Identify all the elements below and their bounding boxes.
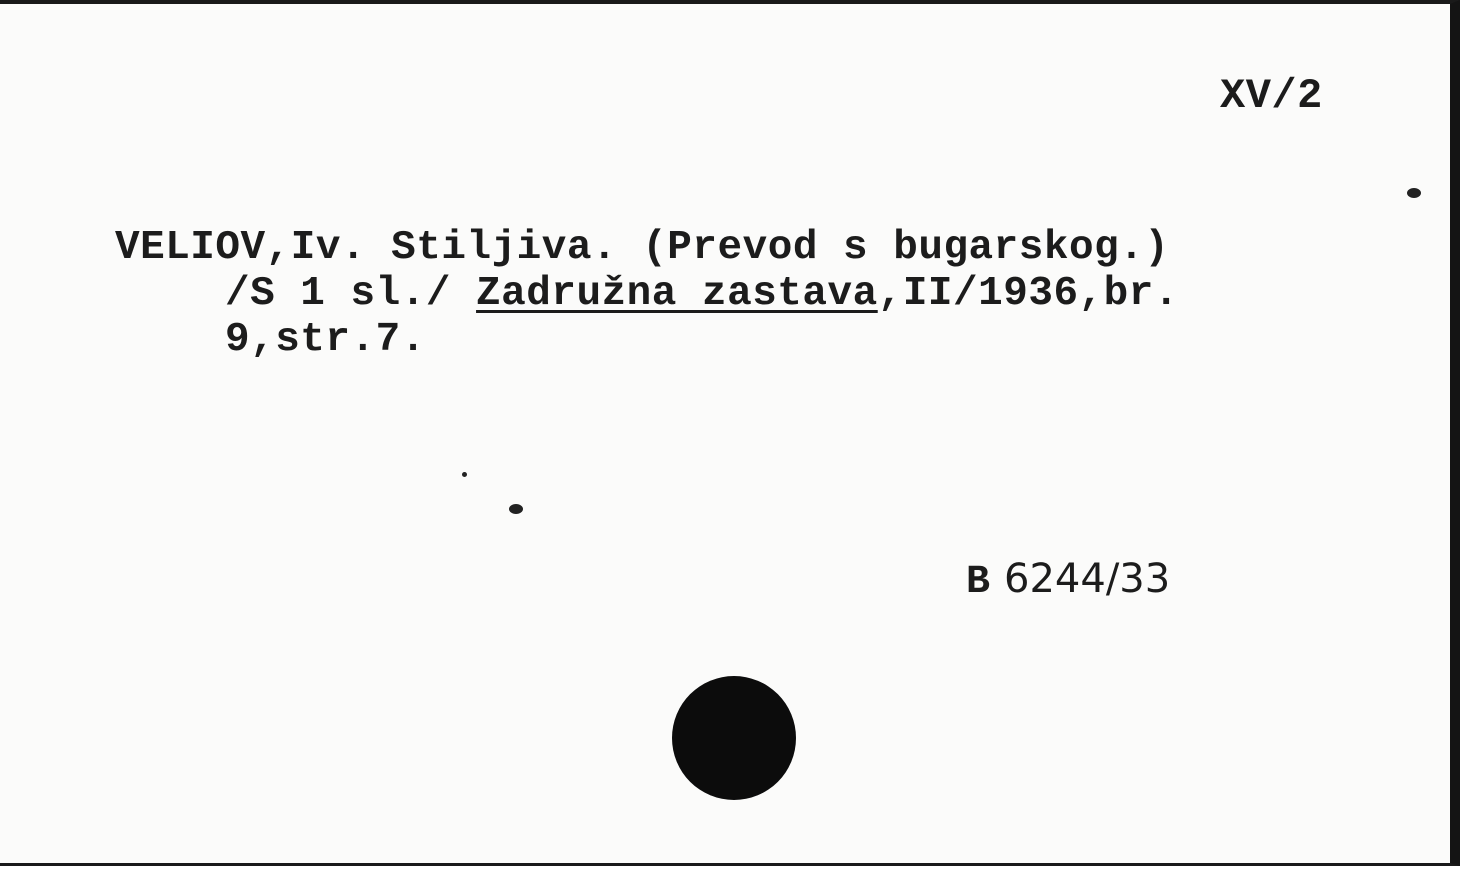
translation-note: (Prevod s bugarskog.) xyxy=(642,225,1169,271)
catalog-card: XV/2 VELIOV,Iv. Stiljiva. (Prevod s buga… xyxy=(0,0,1460,866)
shelfmark-prefix: B xyxy=(966,560,990,605)
journal-title: Zadružna zastava xyxy=(476,271,878,317)
work-title: Stiljiva. xyxy=(391,225,617,271)
ink-speck xyxy=(1407,188,1421,198)
entry-line-3: 9,str.7. xyxy=(225,316,426,364)
shelfmark: B6244/33 xyxy=(966,556,1170,605)
ink-speck xyxy=(509,504,523,514)
ink-speck xyxy=(462,472,467,477)
illustrations-note: /S 1 sl./ xyxy=(225,270,451,318)
entry-line-2: /S 1 sl./ Zadružna zastava,II/1936,br. xyxy=(225,270,1179,318)
punch-hole xyxy=(672,676,796,800)
author-name: VELIOV,Iv. xyxy=(115,225,366,271)
classification-code: XV/2 xyxy=(1220,72,1323,120)
citation-issue-page: 9,str.7. xyxy=(225,317,426,363)
shelfmark-number: 6244/33 xyxy=(1004,556,1170,602)
entry-line-1: VELIOV,Iv. Stiljiva. (Prevod s bugarskog… xyxy=(115,224,1169,272)
citation-volume: ,II/1936,br. xyxy=(878,271,1179,317)
